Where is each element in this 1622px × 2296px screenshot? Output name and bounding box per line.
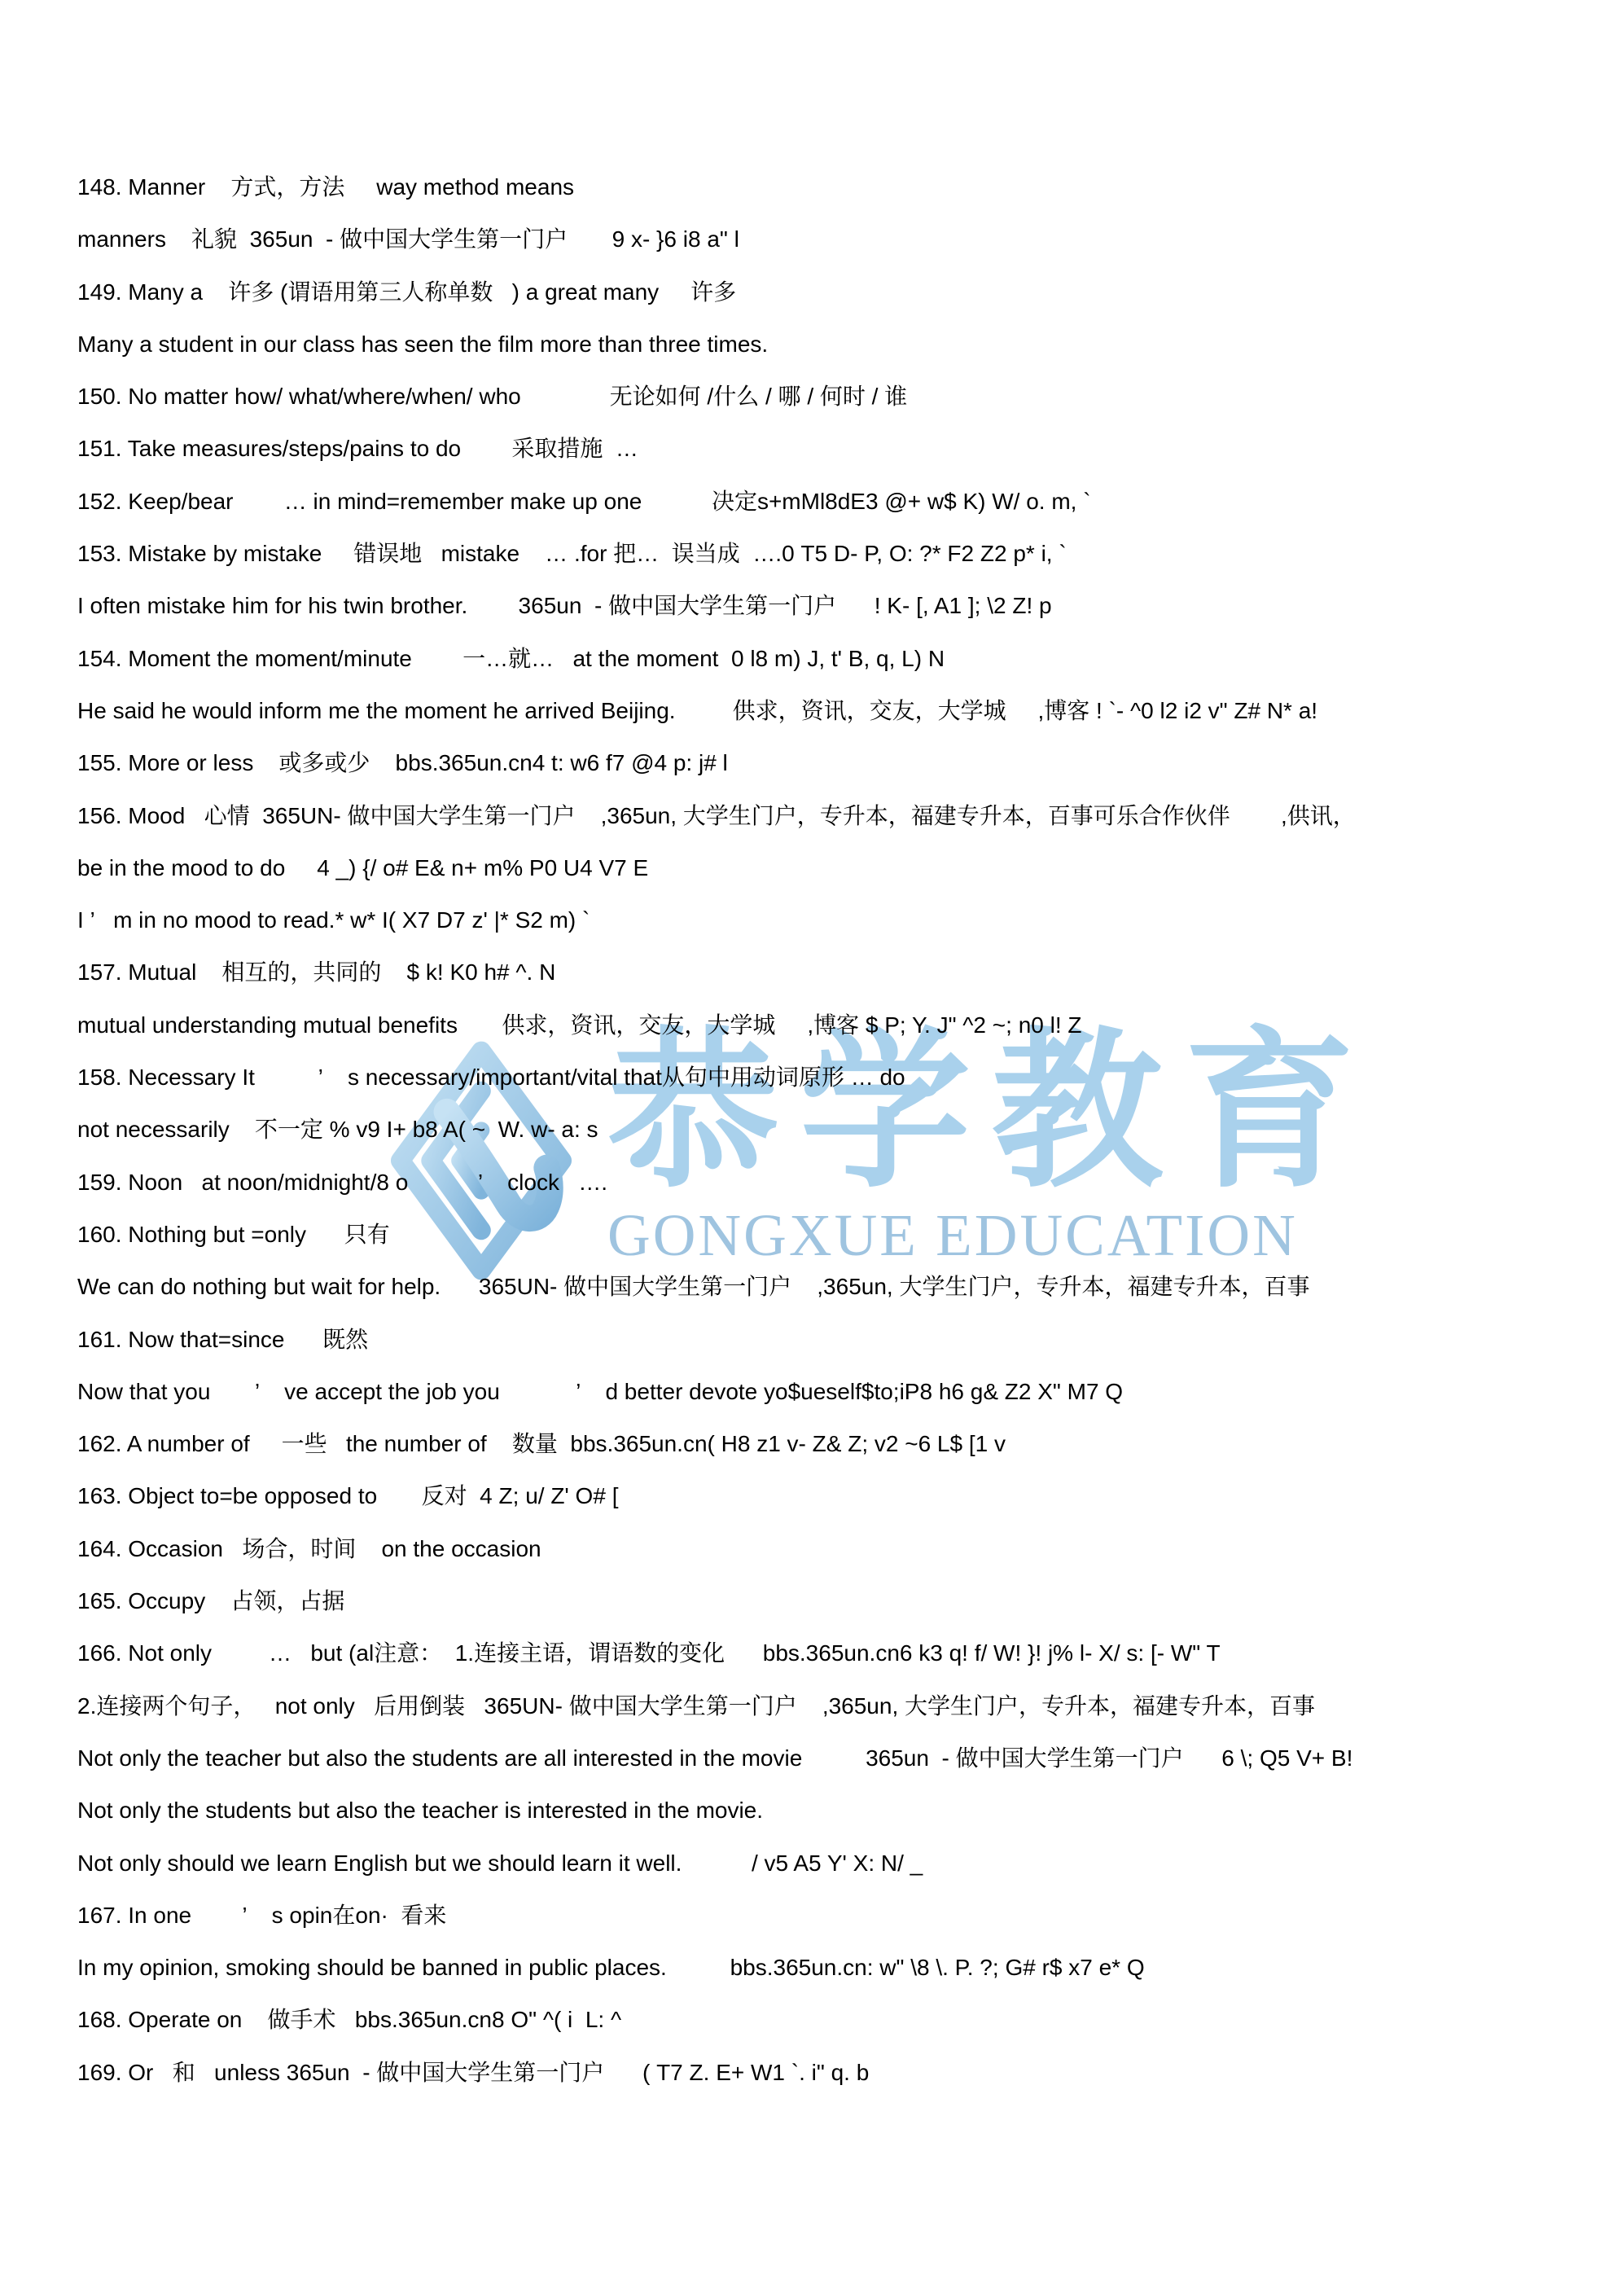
- text-line: Not only should we learn English but we …: [77, 1837, 1622, 1890]
- text-line: 149. Many a 许多 (谓语用第三人称单数 ) a great many…: [77, 266, 1622, 318]
- text-line: Many a student in our class has seen the…: [77, 318, 1622, 371]
- text-line: 148. Manner 方式，方法 way method means: [77, 161, 1622, 213]
- text-line: 156. Mood 心情 365UN- 做中国大学生第一门户 ,365un, 大…: [77, 790, 1622, 842]
- text-line: 151. Take measures/steps/pains to do 采取措…: [77, 423, 1622, 475]
- text-line: 2.连接两个句子， not only 后用倒装 365UN- 做中国大学生第一门…: [77, 1680, 1622, 1732]
- text-line: 150. No matter how/ what/where/when/ who…: [77, 371, 1622, 423]
- text-line: I often mistake him for his twin brother…: [77, 580, 1622, 632]
- text-line: I ’ m in no mood to read.* w* I( X7 D7 z…: [77, 894, 1622, 946]
- text-line: 169. Or 和 unless 365un - 做中国大学生第一门户 ( T7…: [77, 2047, 1622, 2099]
- text-line: 159. Noon at noon/midnight/8 o ’ clock ……: [77, 1157, 1622, 1209]
- text-line: Not only the students but also the teach…: [77, 1785, 1622, 1837]
- text-line: 160. Nothing but =only 只有: [77, 1209, 1622, 1261]
- text-line: 154. Moment the moment/minute 一…就… at th…: [77, 633, 1622, 685]
- text-line: 158. Necessary It ’ s necessary/importan…: [77, 1051, 1622, 1104]
- text-line: not necessarily 不一定 % v9 I+ b8 A( ~ W. w…: [77, 1104, 1622, 1156]
- document-page: 恭学教育 GONGXUE EDUCATION 148. Manner 方式，方法…: [0, 0, 1622, 2296]
- text-line: 161. Now that=since 既然: [77, 1314, 1622, 1366]
- text-line: 157. Mutual 相互的，共同的 $ k! K0 h# ^. N: [77, 946, 1622, 999]
- text-line: 152. Keep/bear … in mind=remember make u…: [77, 476, 1622, 528]
- text-line: 165. Occupy 占领，占据: [77, 1575, 1622, 1627]
- text-line: 166. Not only … but (al注意： 1.连接主语，谓语数的变化…: [77, 1627, 1622, 1679]
- text-line: 162. A number of 一些 the number of 数量 bbs…: [77, 1418, 1622, 1470]
- text-line: 153. Mistake by mistake 错误地 mistake … .f…: [77, 528, 1622, 580]
- text-line: manners 礼貌 365un - 做中国大学生第一门户 9 x- }6 i8…: [77, 213, 1622, 266]
- text-line: Now that you ’ ve accept the job you ’ d…: [77, 1366, 1622, 1418]
- text-line: Not only the teacher but also the studen…: [77, 1732, 1622, 1785]
- text-line: be in the mood to do 4 _) {/ o# E& n+ m%…: [77, 842, 1622, 894]
- text-line: 168. Operate on 做手术 bbs.365un.cn8 O" ^( …: [77, 1994, 1622, 2046]
- document-body: 148. Manner 方式，方法 way method meansmanner…: [0, 0, 1622, 2296]
- text-line: mutual understanding mutual benefits 供求，…: [77, 999, 1622, 1051]
- text-line: 163. Object to=be opposed to 反对 4 Z; u/ …: [77, 1470, 1622, 1522]
- text-line: He said he would inform me the moment he…: [77, 685, 1622, 737]
- text-line: 164. Occasion 场合，时间 on the occasion: [77, 1523, 1622, 1575]
- text-line: In my opinion, smoking should be banned …: [77, 1942, 1622, 1994]
- text-line: 167. In one ’ s opin在on· 看来: [77, 1890, 1622, 1942]
- text-line: 155. More or less 或多或少 bbs.365un.cn4 t: …: [77, 737, 1622, 789]
- text-line: We can do nothing but wait for help. 365…: [77, 1261, 1622, 1313]
